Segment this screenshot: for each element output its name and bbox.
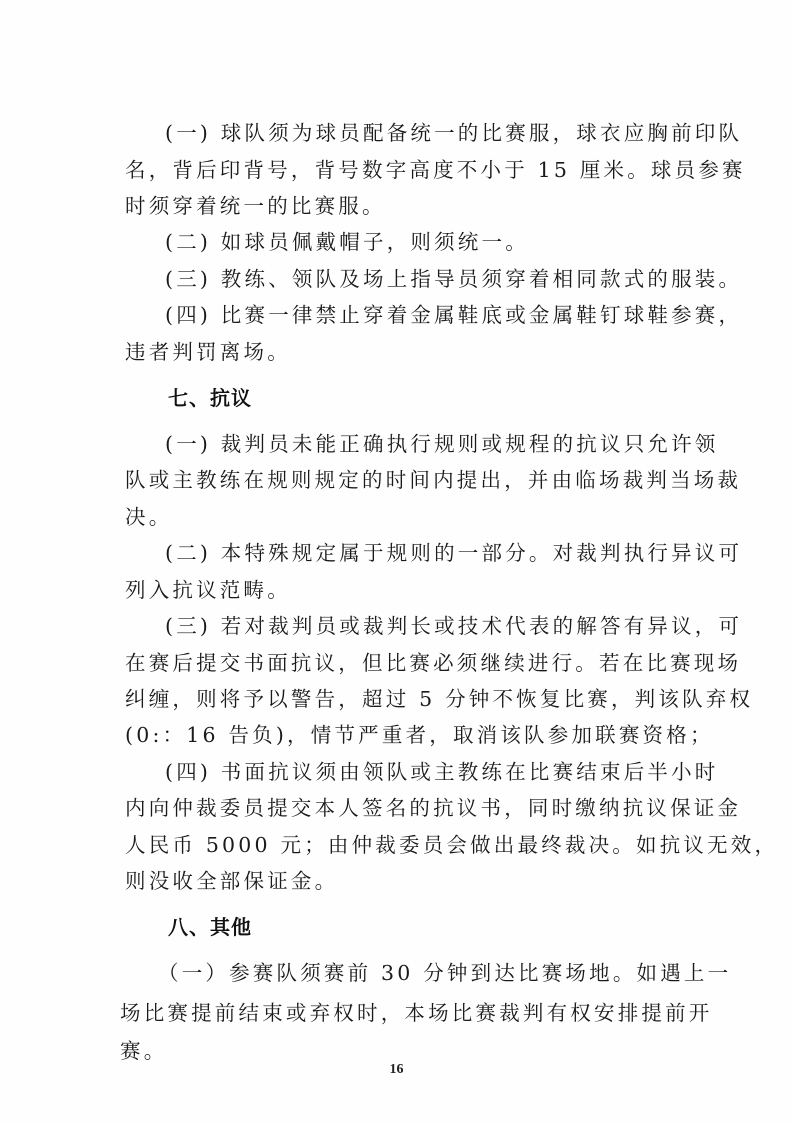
paragraph-line: (三) 教练、领队及场上指导员须穿着相同款式的服装。 <box>165 266 685 292</box>
document-page: (一) 球队须为球员配备统一的比赛服，球衣应胸前印队 名，背后印背号，背号数字高… <box>0 0 793 1122</box>
page-number: 16 <box>0 1062 793 1078</box>
paragraph-line: 内向仲裁委员提交本人签名的抗议书，同时缴纳抗议保证金 <box>125 795 685 821</box>
paragraph-line: 则没收全部保证金。 <box>125 868 685 894</box>
paragraph-line: (0:：16 告负)，情节严重者，取消该队参加联赛资格； <box>125 722 685 748</box>
paragraph-line: 时须穿着统一的比赛服。 <box>125 193 685 219</box>
paragraph-line: 名，背后印背号，背号数字高度不小于 15 厘米。球员参赛 <box>125 157 685 183</box>
paragraph-line: (四) 比赛一律禁止穿着金属鞋底或金属鞋钉球鞋参赛， <box>165 302 685 328</box>
paragraph-line: （一）参赛队须赛前 30 分钟到达比赛场地。如遇上一 <box>158 960 678 986</box>
paragraph-line: 决。 <box>125 504 685 530</box>
paragraph-line: 队或主教练在规则规定的时间内提出，并由临场裁判当场裁 <box>125 467 685 493</box>
paragraph-line: 人民币 5000 元；由仲裁委员会做出最终裁决。如抗议无效， <box>125 832 685 858</box>
paragraph-line: (二) 本特殊规定属于规则的一部分。对裁判执行异议可 <box>165 540 685 566</box>
section-heading-protest: 七、抗议 <box>168 385 252 411</box>
paragraph-line: 在赛后提交书面抗议，但比赛必须继续进行。若在比赛现场 <box>125 650 685 676</box>
paragraph-line: (三) 若对裁判员或裁判长或技术代表的解答有异议，可 <box>165 613 685 639</box>
paragraph-line: 场比赛提前结束或弃权时，本场比赛裁判有权安排提前开 <box>120 1000 680 1026</box>
paragraph-line: 违者判罚离场。 <box>125 339 685 365</box>
paragraph-line: (四) 书面抗议须由领队或主教练在比赛结束后半小时 <box>165 759 685 785</box>
paragraph-line: 赛。 <box>120 1038 180 1064</box>
paragraph-line: 纠缠，则将予以警告，超过 5 分钟不恢复比赛，判该队弃权 <box>125 686 685 712</box>
paragraph-line: (二) 如球员佩戴帽子，则须统一。 <box>165 229 685 255</box>
section-heading-other: 八、其他 <box>168 914 252 940</box>
paragraph-line: (一) 裁判员未能正确执行规则或规程的抗议只允许领 <box>165 431 685 457</box>
paragraph-line: (一) 球队须为球员配备统一的比赛服，球衣应胸前印队 <box>165 120 685 146</box>
paragraph-line: 列入抗议范畴。 <box>125 577 685 603</box>
